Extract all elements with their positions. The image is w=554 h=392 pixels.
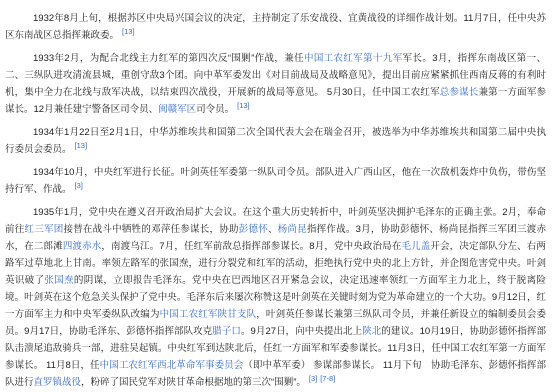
paragraph-1933: 1933年2月，为配合北线主力红军的第四次反“围剿”作战，兼任中国工农红军第十九… [5, 50, 546, 118]
text-run: 1932年8月上旬，根据苏区中央局兴国会议的决定，主持制定了乐安战役、宜黄战役的… [5, 13, 546, 41]
wiki-link[interactable]: 腊子口 [212, 326, 241, 337]
citation-ref[interactable]: [3] [309, 374, 317, 383]
wiki-link[interactable]: 中国工农红军西北革命军事委员会 [100, 360, 244, 371]
page: { "colors": { "background": "#ffffff", "… [0, 0, 554, 392]
wiki-link[interactable]: 陕北 [362, 326, 381, 337]
citation-ref[interactable]: [13] [75, 141, 88, 150]
paragraph-1932: 1932年8月上旬，根据苏区中央局兴国会议的决定，主持制定了乐安战役、宜黄战役的… [5, 10, 546, 44]
wiki-link[interactable]: 毛儿盖 [401, 241, 430, 252]
text-run: 1934年10月，中央红军进行长征。叶剑英任军委第一纵队司令员。部队进入广西山区… [5, 167, 546, 195]
wiki-link[interactable]: 红三军团 [24, 224, 63, 235]
clipped-paragraph-top: 校长兼政治委员。 [5, 0, 546, 4]
citation-ref[interactable]: [13] [122, 27, 135, 36]
wiki-link[interactable]: 四渡赤水 [63, 241, 102, 252]
text-run: 。9月27日，向中央提出北上 [241, 326, 362, 337]
wiki-link[interactable]: 中国工农红军陕甘支队 [160, 309, 257, 320]
wiki-link[interactable]: 杨尚昆 [278, 224, 307, 235]
text-run: 、 [268, 224, 278, 235]
wiki-link[interactable]: 彭德怀 [239, 224, 268, 235]
text-run: 接替在战斗中牺牲的邓萍任参谋长，协助 [63, 224, 238, 235]
text-run: ，南渡乌江。7月，任红军前敌总指挥部参谋长。8月，党中央政治局在 [101, 241, 401, 252]
wiki-link[interactable]: 中国工农红军第十九军 [304, 53, 403, 64]
text-run: 司令员。 [196, 104, 234, 115]
paragraph-1934-oct: 1934年10月，中央红军进行长征。叶剑英任军委第一纵队司令员。部队进入广西山区… [5, 164, 546, 198]
citation-ref[interactable]: [7-8] [320, 374, 335, 383]
wiki-link[interactable]: 闽赣军区 [158, 104, 196, 115]
text-run: 1933年2月，为配合北线主力红军的第四次反“围剿”作战，兼任 [33, 53, 304, 64]
wiki-link[interactable]: 总参谋长 [440, 87, 479, 98]
text-run: 校长兼政治委员。 [5, 0, 81, 1]
wiki-link[interactable]: 直罗镇战役 [34, 377, 82, 388]
wiki-link[interactable]: 张国焘 [44, 275, 74, 286]
article-body: 校长兼政治委员。1932年8月上旬，根据苏区中央局兴国会议的决定，主持制定了乐安… [0, 0, 554, 392]
citation-ref[interactable]: [3] [75, 181, 83, 190]
text-run: ，粉碎了国民党军对陕甘革命根据地的第三次“围剿”。 [81, 377, 306, 388]
paragraph-1934-jan: 1934年1月22日至2月1日，中华苏维埃共和国第二次全国代表大会在瑞金召开，被… [5, 124, 546, 158]
citation-ref[interactable]: [13] [237, 101, 250, 110]
paragraph-1935: 1935年1月，党中央在遵义召开政治局扩大会议。在这个重大历史转折中，叶剑英坚决… [5, 204, 546, 391]
